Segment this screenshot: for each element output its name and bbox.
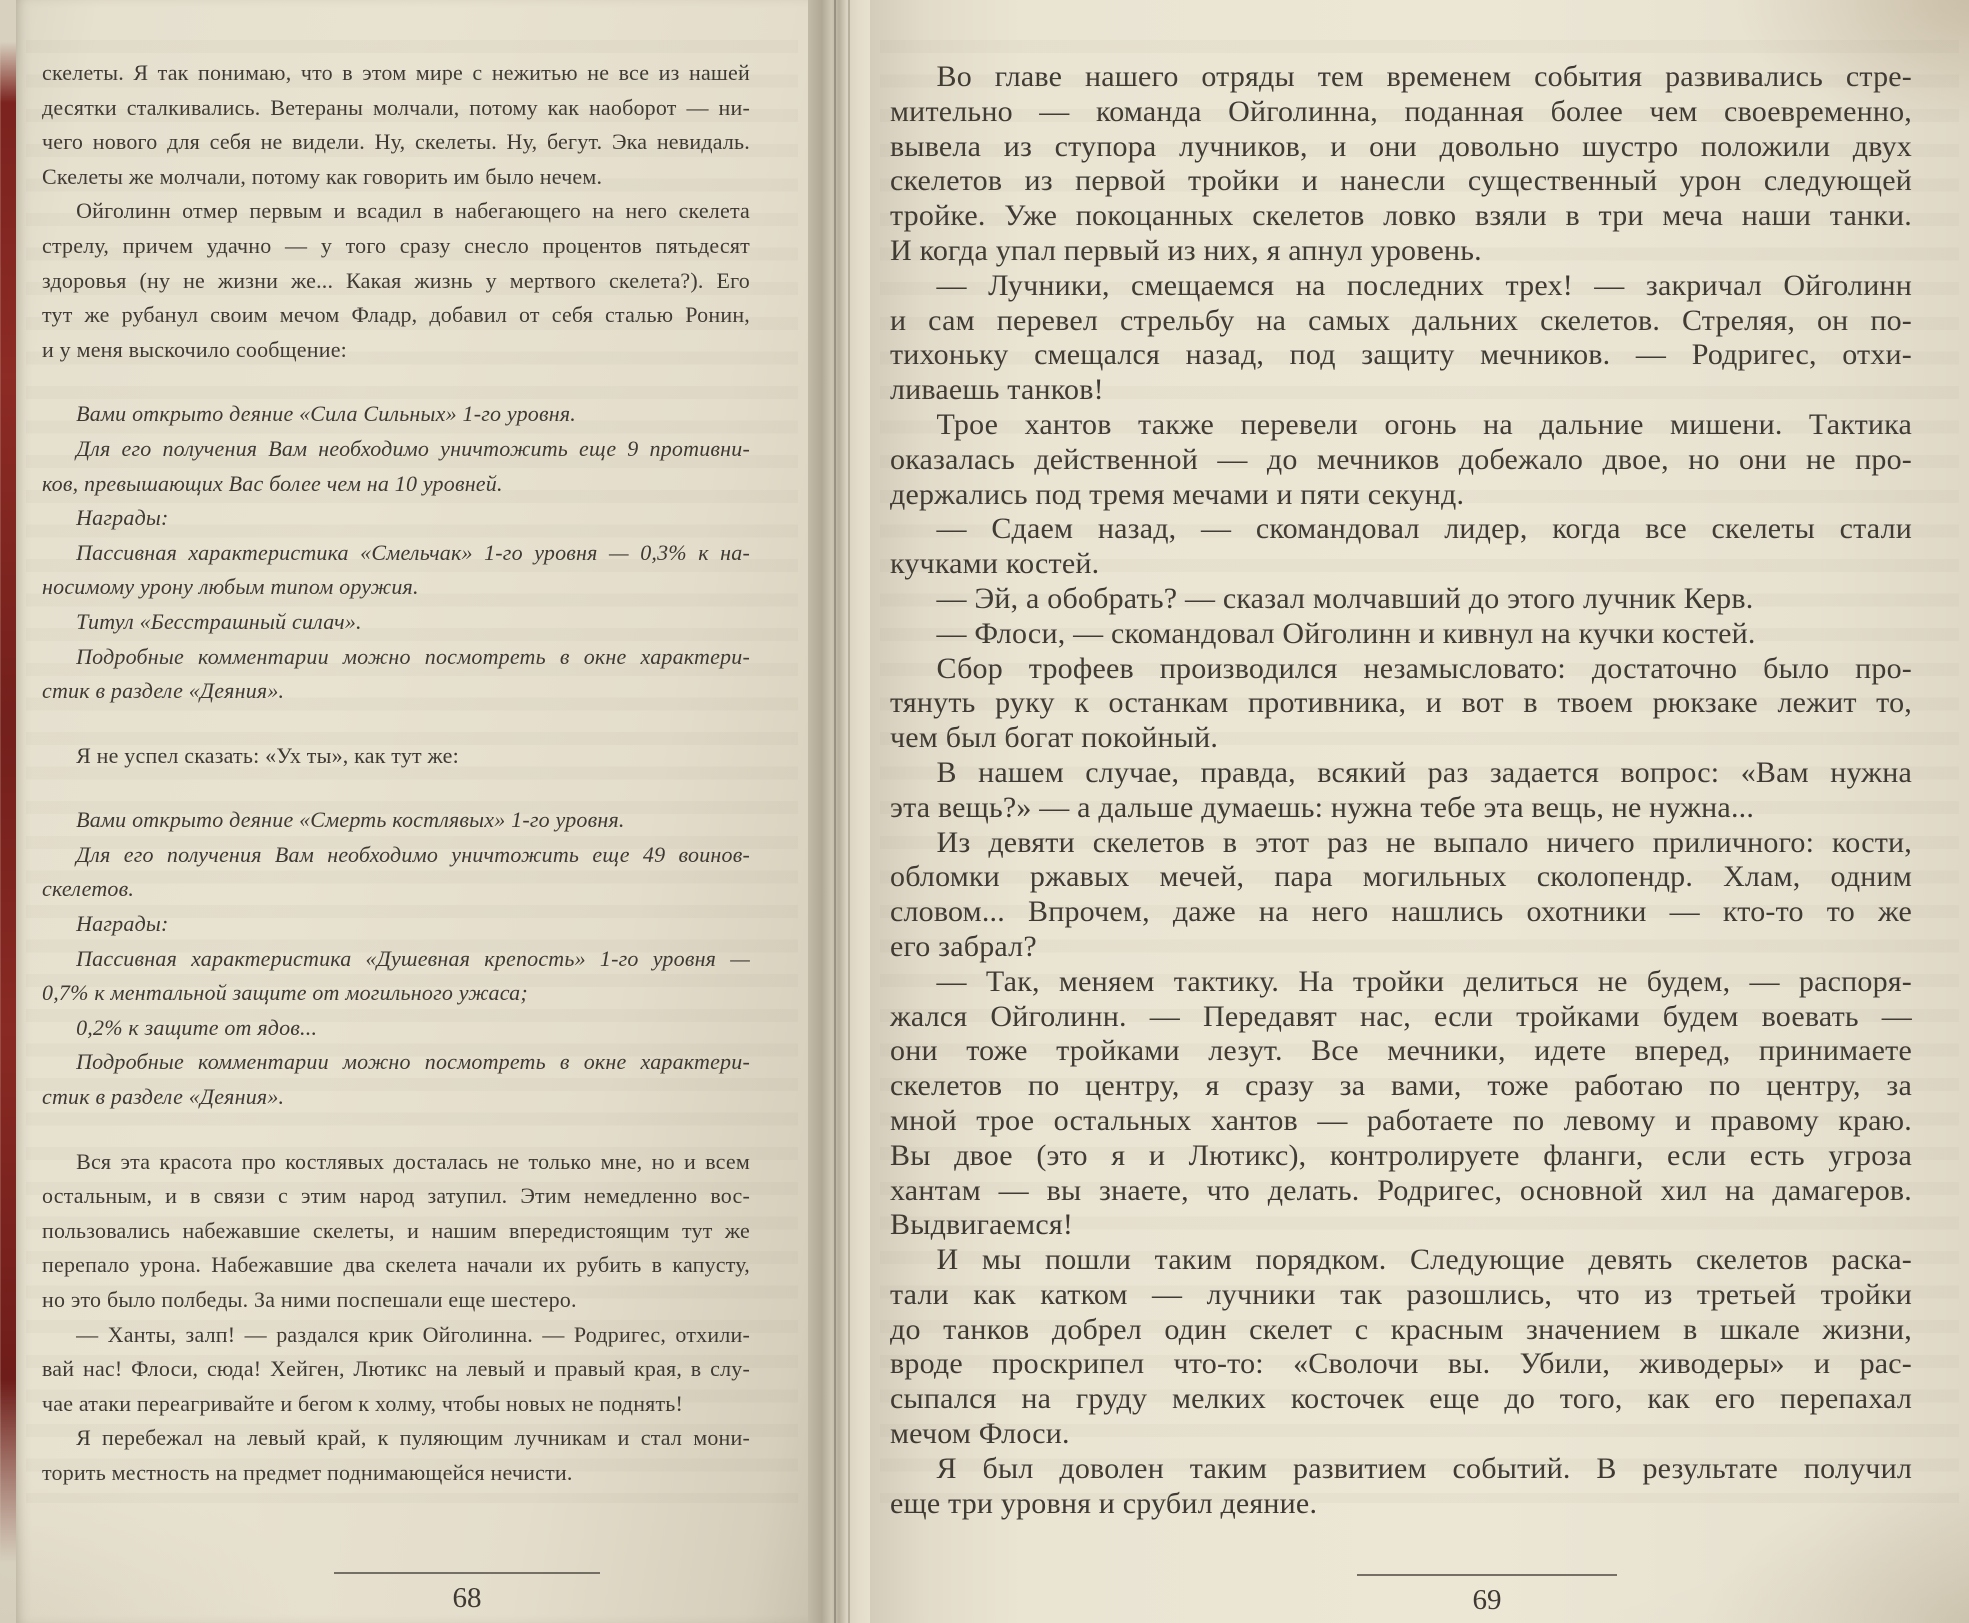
text-line: — Сдаем назад, — скомандовал лидер, когд… xyxy=(890,512,1912,547)
text-line: до танков добрел один скелет с красным з… xyxy=(890,1313,1912,1348)
text-line: — Ханты, залп! — раздался крик Ойголинна… xyxy=(42,1318,750,1353)
text-line: тройке. Уже покоцанных скелетов ловко вз… xyxy=(890,199,1912,234)
text-line: Я был доволен таким развитием событий. В… xyxy=(890,1452,1912,1487)
text-line: тут же рубанул своим мечом Фладр, добави… xyxy=(42,298,750,333)
text-line: здоровья (ну не жизни же... Какая жизнь … xyxy=(42,264,750,299)
text-line: 0,2% к защите от ядов... xyxy=(42,1011,750,1046)
text-line: — Эй, а обобрать? — сказал молчавший до … xyxy=(890,582,1912,617)
text-line: скелетов по центру, я сразу за вами, тож… xyxy=(890,1069,1912,1104)
text-line: — Флоси, — скомандовал Ойголинн и кивнул… xyxy=(890,617,1912,652)
page-right-text: Во главе нашего отряды тем временем собы… xyxy=(890,60,1912,1521)
text-line: ков, превышающих Вас более чем на 10 уро… xyxy=(42,467,750,502)
text-line: еще три уровня и срубил деяние. xyxy=(890,1487,1912,1522)
folio-rule-left xyxy=(334,1572,600,1574)
text-line: хантам — вы знаете, что делать. Родригес… xyxy=(890,1174,1912,1209)
text-line: мечом Флоси. xyxy=(890,1417,1912,1452)
text-line: чего нового для себя не видели. Ну, скел… xyxy=(42,125,750,160)
folio-rule-right xyxy=(1357,1574,1617,1576)
text-line: скелетов из первой тройки и нанесли суще… xyxy=(890,164,1912,199)
text-line: И мы пошли таким порядком. Следующие дев… xyxy=(890,1243,1912,1278)
text-line: вроде проскрипел что-то: «Сволочи вы. Уб… xyxy=(890,1347,1912,1382)
page-right-footer: 69 xyxy=(1357,1574,1617,1615)
text-line: Титул «Бесстрашный силач». xyxy=(42,605,750,640)
text-line: скелетов. xyxy=(42,872,750,907)
book-cover-edge xyxy=(0,42,17,1562)
page-number-right: 69 xyxy=(1357,1585,1617,1615)
text-line: торить местность на предмет поднимающейс… xyxy=(42,1456,750,1491)
text-line: Вся эта красота про костлявых досталась … xyxy=(42,1145,750,1180)
text-line: Вы двое (это я и Лютикс), контролируете … xyxy=(890,1139,1912,1174)
page-number-left: 68 xyxy=(334,1583,600,1613)
text-line: эта вещь?» — а дальше думаешь: нужна теб… xyxy=(890,791,1912,826)
text-line: вывела из ступора лучников, и они доволь… xyxy=(890,130,1912,165)
text-line: Подробные комментарии можно посмотреть в… xyxy=(42,640,750,675)
text-line: оказалась действенной — до мечников добе… xyxy=(890,443,1912,478)
text-line: и сам перевел стрельбу на самых дальних … xyxy=(890,304,1912,339)
text-line: обломки ржавых мечей, пара могильных ско… xyxy=(890,860,1912,895)
text-line: И когда упал первый из них, я апнул уров… xyxy=(890,234,1912,269)
text-line: тянуть руку к останкам противника, и вот… xyxy=(890,686,1912,721)
book-gutter xyxy=(808,0,870,1623)
text-line: словом... Впрочем, даже на него нашлись … xyxy=(890,895,1912,930)
text-line: мной трое остальных хантов — работаете п… xyxy=(890,1104,1912,1139)
text-line: стрелу, причем удачно — у того сразу сне… xyxy=(42,229,750,264)
text-line: носимому урону любым типом оружия. xyxy=(42,570,750,605)
text-line: остальным, и в связи с этим народ затупи… xyxy=(42,1179,750,1214)
text-line: его забрал? xyxy=(890,930,1912,965)
text-line: Для его получения Вам необходимо уничтож… xyxy=(42,432,750,467)
text-line: Вами открыто деяние «Смерть костлявых» 1… xyxy=(42,803,750,838)
page-right: Во главе нашего отряды тем временем собы… xyxy=(870,0,1969,1623)
open-book-photo: скелеты. Я так понимаю, что в этом мире … xyxy=(0,0,1969,1623)
text-line: мительно — команда Ойголинна, поданная б… xyxy=(890,95,1912,130)
text-line: Трое хантов также перевели огонь на даль… xyxy=(890,408,1912,443)
text-line: десятки сталкивались. Ветераны молчали, … xyxy=(42,91,750,126)
text-line: Подробные комментарии можно посмотреть в… xyxy=(42,1045,750,1080)
text-line: они тоже тройками лезут. Все мечники, ид… xyxy=(890,1034,1912,1069)
text-line: тали как катком — лучники так разошлись,… xyxy=(890,1278,1912,1313)
text-line: тихоньку смещался назад, под защиту мечн… xyxy=(890,338,1912,373)
text-line: Я перебежал на левый край, к пуляющим лу… xyxy=(42,1421,750,1456)
page-left: скелеты. Я так понимаю, что в этом мире … xyxy=(16,0,808,1623)
text-line: Ойголинн отмер первым и всадил в набегаю… xyxy=(42,194,750,229)
text-line: Для его получения Вам необходимо уничтож… xyxy=(42,838,750,873)
text-line: держались под тремя мечами и пяти секунд… xyxy=(890,478,1912,513)
text-line: ливаешь танков! xyxy=(890,373,1912,408)
text-line: В нашем случае, правда, всякий раз задае… xyxy=(890,756,1912,791)
text-line: чае атаки переагривайте и бегом к холму,… xyxy=(42,1387,750,1422)
text-line: 0,7% к ментальной защите от могильного у… xyxy=(42,976,750,1011)
text-line: чем был богат покойный. xyxy=(890,721,1912,756)
text-line: Из девяти скелетов в этот раз не выпало … xyxy=(890,826,1912,861)
text-line: Сбор трофеев производился незамысловато:… xyxy=(890,652,1912,687)
text-line: жался Ойголинн. — Передавят нас, если тр… xyxy=(890,1000,1912,1035)
text-line: Скелеты же молчали, потому как говорить … xyxy=(42,160,750,195)
text-line: Пассивная характеристика «Душевная крепо… xyxy=(42,942,750,977)
text-line: но это было полбеды. За ними поспешали е… xyxy=(42,1283,750,1318)
text-line: кучками костей. xyxy=(890,547,1912,582)
text-line: — Лучники, смещаемся на последних трех! … xyxy=(890,269,1912,304)
text-line: Награды: xyxy=(42,501,750,536)
text-line: и у меня выскочило сообщение: xyxy=(42,333,750,368)
text-line: Я не успел сказать: «Ух ты», как тут же: xyxy=(42,739,750,774)
text-line: стик в разделе «Деяния». xyxy=(42,1080,750,1115)
text-line: Выдвигаемся! xyxy=(890,1208,1912,1243)
text-line: стик в разделе «Деяния». xyxy=(42,674,750,709)
text-line: перепало урона. Набежавшие два скелета н… xyxy=(42,1248,750,1283)
page-left-text: скелеты. Я так понимаю, что в этом мире … xyxy=(42,56,750,1491)
text-line: сыпался на груду мелких косточек еще до … xyxy=(890,1382,1912,1417)
page-left-footer: 68 xyxy=(334,1572,600,1613)
text-line: скелеты. Я так понимаю, что в этом мире … xyxy=(42,56,750,91)
text-line: пользовались набежавшие скелеты, и нашим… xyxy=(42,1214,750,1249)
text-line: Вами открыто деяние «Сила Сильных» 1-го … xyxy=(42,397,750,432)
text-line: Награды: xyxy=(42,907,750,942)
text-line: Пассивная характеристика «Смельчак» 1-го… xyxy=(42,536,750,571)
text-line: вай нас! Флоси, сюда! Хейген, Лютикс на … xyxy=(42,1352,750,1387)
text-line: — Так, меняем тактику. На тройки делитьс… xyxy=(890,965,1912,1000)
text-line: Во главе нашего отряды тем временем собы… xyxy=(890,60,1912,95)
